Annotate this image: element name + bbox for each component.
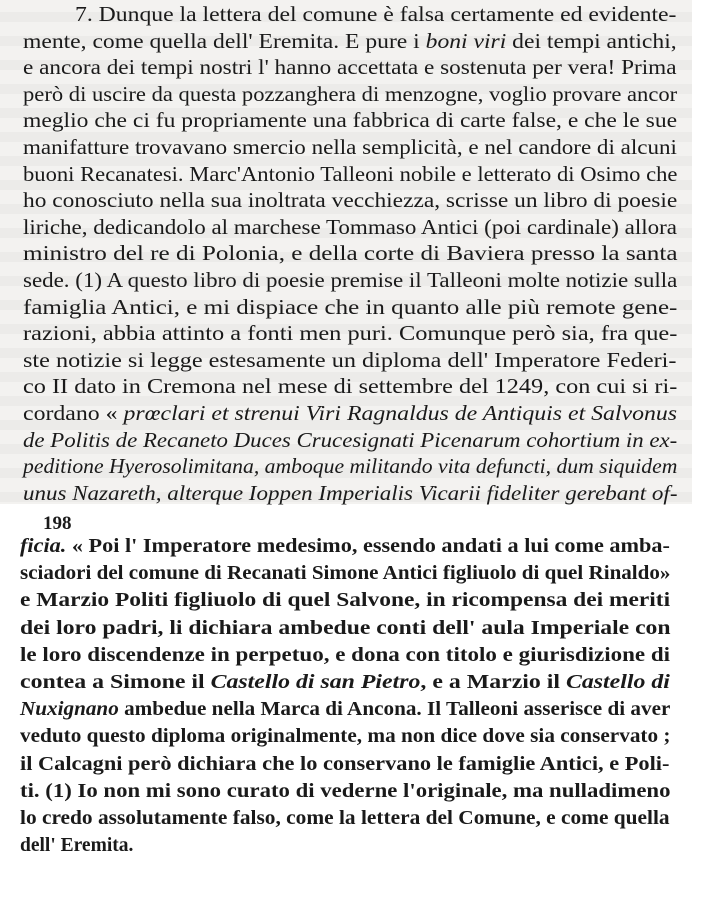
page-number: 198 xyxy=(43,513,72,535)
italic-text-run: Nuxignano xyxy=(20,699,119,720)
text-line: de Politis de Recaneto Duces Crucesignat… xyxy=(23,428,677,452)
text-line: e Marzio Politi figliuolo di quel Salvon… xyxy=(20,589,670,613)
text-run: razioni, abbia attinto a fonti men puri.… xyxy=(23,321,677,345)
text-line: ti. (1) Io non mi sono curato di vederne… xyxy=(20,780,670,804)
text-line: ho conosciuto nella sua inoltrata vecchi… xyxy=(23,188,677,212)
text-line: le loro discendenze in perpetuo, e dona … xyxy=(20,644,670,668)
italic-text-run: de Politis de Recaneto Duces Crucesignat… xyxy=(23,428,677,452)
text-run: ti. (1) Io non mi sono curato di vederne… xyxy=(20,781,670,802)
text-line: mente, come quella dell' Eremita. E pure… xyxy=(23,29,677,53)
text-line: buoni Recanatesi. Marc'Antonio Talleoni … xyxy=(23,162,677,186)
italic-text-run: prœclari et strenui Viri Ragnaldus de An… xyxy=(123,401,677,425)
text-line: però di uscire da questa pozzanghera di … xyxy=(23,82,677,106)
text-line: sciadori del comune di Recanati Simone A… xyxy=(20,562,670,586)
text-run: liriche, dedicandolo al marchese Tommaso… xyxy=(23,215,677,239)
text-line: ministro del re di Polonia, e della cort… xyxy=(23,241,678,265)
text-run: ste notizie si legge estesamente un dipl… xyxy=(23,348,676,372)
italic-text-run: boni viri xyxy=(426,29,507,53)
text-run: veduto questo diploma originalmente, ma … xyxy=(20,726,671,747)
text-line: il Calcagni però dichiara che lo conserv… xyxy=(20,753,669,777)
text-run: dei loro padri, li dichiara ambedue cont… xyxy=(20,618,671,639)
text-line: veduto questo diploma originalmente, ma … xyxy=(20,725,671,749)
scanned-page-top: 7. Dunque la lettera del comune è falsa … xyxy=(0,0,692,504)
text-run: sede. (1) A questo libro di poesie premi… xyxy=(23,268,677,292)
text-run: lo credo assolutamente falso, come la le… xyxy=(20,808,670,829)
text-run: contea a Simone il xyxy=(20,672,211,693)
text-run: sciadori del comune di Recanati Simone A… xyxy=(20,563,670,584)
text-run: dell' Eremita. xyxy=(20,835,133,856)
text-line: unus Nazareth, alterque Ioppen Imperiali… xyxy=(23,481,677,505)
text-run: però di uscire da questa pozzanghera di … xyxy=(23,82,677,106)
text-line: peditione Hyerosolimitana, amboque milit… xyxy=(23,454,677,478)
text-run: buoni Recanatesi. Marc'Antonio Talleoni … xyxy=(23,162,677,186)
text-line: ste notizie si legge estesamente un dipl… xyxy=(23,348,676,372)
text-run: 7. Dunque la lettera del comune è falsa … xyxy=(75,2,676,26)
text-line: sede. (1) A questo libro di poesie premi… xyxy=(23,268,677,292)
text-line: razioni, abbia attinto a fonti men puri.… xyxy=(23,321,677,345)
text-line: dell' Eremita. xyxy=(20,834,133,858)
text-run: le loro discendenze in perpetuo, e dona … xyxy=(20,645,670,666)
italic-text-run: unus Nazareth, alterque Ioppen Imperiali… xyxy=(23,481,677,505)
text-line: dei loro padri, li dichiara ambedue cont… xyxy=(20,617,671,641)
text-line: meglio che ci fu propriamente una fabbri… xyxy=(23,108,677,132)
text-line: ficia. « Poi l' Imperatore medesimo, ess… xyxy=(20,535,670,559)
text-run: « Poi l' Imperatore medesimo, essendo an… xyxy=(66,536,670,557)
italic-text-run: Castello di san Pietro xyxy=(211,672,421,693)
text-run: dei tempi antichi, xyxy=(506,29,676,53)
scanned-page-bottom: 198 ficia. « Poi l' Imperatore medesimo,… xyxy=(0,505,720,910)
text-line: manifatture trovavano smercio nella semp… xyxy=(23,135,677,159)
text-line: Nuxignano ambedue nella Marca di Ancona.… xyxy=(20,698,670,722)
text-run: mente, come quella dell' Eremita. E pure… xyxy=(23,29,426,53)
text-run: e Marzio Politi figliuolo di quel Salvon… xyxy=(20,590,670,611)
text-line: e ancora dei tempi nostri l' hanno accet… xyxy=(23,55,676,79)
italic-text-run: ficia. xyxy=(20,536,66,557)
text-run: manifatture trovavano smercio nella semp… xyxy=(23,135,677,159)
text-run: cordano « xyxy=(23,401,123,425)
text-line: co II dato in Cremona nel mese di settem… xyxy=(23,374,677,398)
italic-text-run: peditione Hyerosolimitana, amboque milit… xyxy=(23,454,677,478)
text-line: cordano « prœclari et strenui Viri Ragna… xyxy=(23,401,677,425)
text-run: ho conosciuto nella sua inoltrata vecchi… xyxy=(23,188,677,212)
text-run: meglio che ci fu propriamente una fabbri… xyxy=(23,108,677,132)
text-line: liriche, dedicandolo al marchese Tommaso… xyxy=(23,215,677,239)
text-run: famiglia Antici, e mi dispiace che in qu… xyxy=(23,295,677,319)
text-line: famiglia Antici, e mi dispiace che in qu… xyxy=(23,295,677,319)
text-line: 7. Dunque la lettera del comune è falsa … xyxy=(75,2,676,26)
text-run: il Calcagni però dichiara che lo conserv… xyxy=(20,754,669,775)
text-run: ministro del re di Polonia, e della cort… xyxy=(23,241,678,265)
italic-text-run: Castello di xyxy=(566,672,670,693)
text-line: lo credo assolutamente falso, come la le… xyxy=(20,807,670,831)
text-run: co II dato in Cremona nel mese di settem… xyxy=(23,374,677,398)
text-run: ambedue nella Marca di Ancona. Il Talleo… xyxy=(119,699,671,720)
text-run: , e a Marzio il xyxy=(420,672,566,693)
text-line: contea a Simone il Castello di san Pietr… xyxy=(20,671,670,695)
text-run: e ancora dei tempi nostri l' hanno accet… xyxy=(23,55,676,79)
